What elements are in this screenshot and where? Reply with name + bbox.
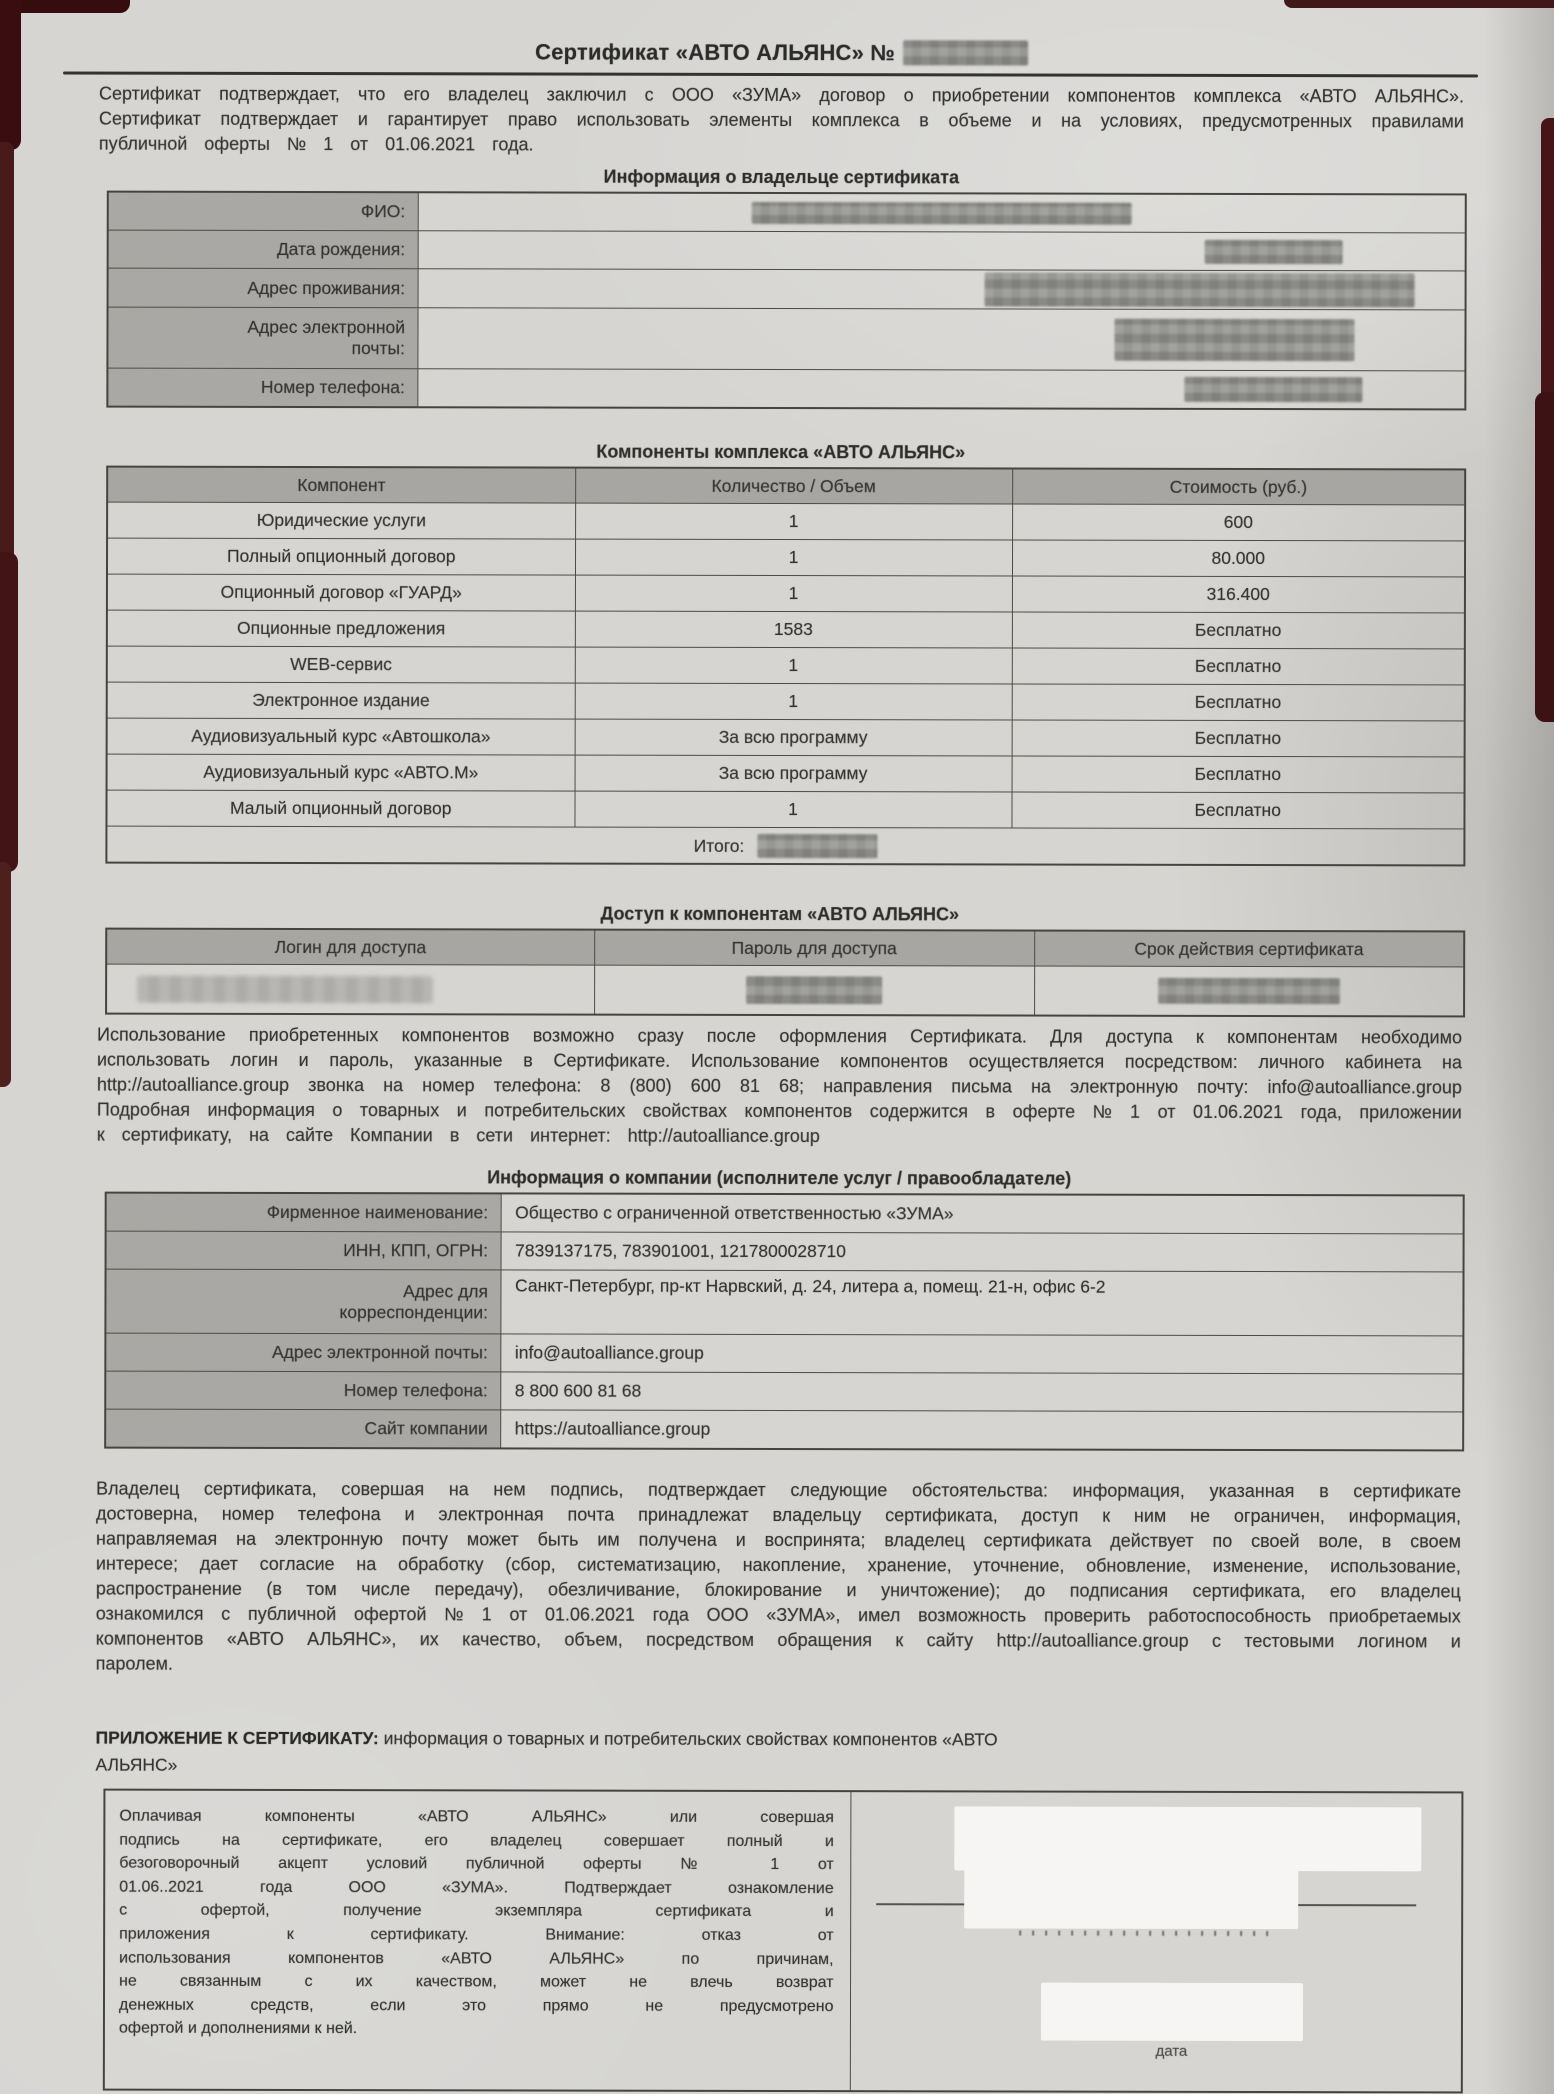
- acceptance-line: Оплачивая компоненты «АВТО АЛЬЯНС» или с…: [119, 1805, 834, 1830]
- company-row-site: Сайт компании https://autoalliance.group: [105, 1409, 1463, 1450]
- company-email-value: info@autoalliance.group: [500, 1334, 1463, 1374]
- company-site-label: Сайт компании: [105, 1409, 500, 1448]
- owner-address-redaction: [984, 272, 1414, 307]
- annex-heading: ПРИЛОЖЕНИЕ К СЕРТИФИКАТУ: информация о т…: [95, 1725, 1057, 1781]
- table-row: Опционные предложения 1583 Бесплатно: [107, 610, 1465, 649]
- owner-email-redaction: [1114, 319, 1354, 362]
- acceptance-line: не связанным с их качеством, может не вл…: [119, 1970, 834, 1995]
- access-table: Логин для доступа Пароль для доступа Сро…: [105, 928, 1465, 1018]
- footer-row: Оплачивая компоненты «АВТО АЛЬЯНС» или с…: [104, 1790, 1463, 2093]
- acceptance-line: с офертой, получение экземпляра сертифик…: [119, 1899, 834, 1924]
- component-qty: 1583: [575, 611, 1012, 648]
- access-section-title: Доступ к компонентам «АВТО АЛЬЯНС»: [97, 903, 1462, 927]
- table-row: WEB-сервис 1 Бесплатно: [107, 646, 1465, 685]
- component-price: Бесплатно: [1012, 756, 1465, 793]
- component-price: Бесплатно: [1012, 684, 1465, 721]
- component-price: 80.000: [1012, 540, 1465, 577]
- access-term-value: [1034, 966, 1464, 1016]
- photo-edge-artifact: [0, 862, 11, 1087]
- intro-paragraph: Сертификат подтверждает, что его владеле…: [99, 82, 1464, 160]
- component-price: 600: [1012, 504, 1465, 541]
- components-table: Компонент Количество / Объем Стоимость (…: [105, 466, 1466, 867]
- owner-birthdate-label: Дата рождения:: [108, 230, 418, 269]
- company-row-phone: Номер телефона: 8 800 600 81 68: [105, 1371, 1463, 1412]
- component-price: Бесплатно: [1012, 612, 1465, 649]
- owner-birthdate-value: [418, 231, 1466, 271]
- access-header-login: Логин для доступа: [106, 929, 594, 966]
- component-qty: 1: [575, 503, 1012, 540]
- certificate-paper: Сертификат «АВТО АЛЬЯНС» № Сертификат по…: [0, 0, 1554, 2094]
- owner-fio-value: [418, 192, 1466, 233]
- certificate-title-text: Сертификат «АВТО АЛЬЯНС» №: [535, 39, 895, 65]
- signature-caption-remnant: [1019, 1931, 1271, 1937]
- signature-cell: дата: [850, 1791, 1463, 2092]
- component-qty: 1: [575, 575, 1012, 612]
- photo-edge-artifact: [1284, 0, 1554, 8]
- table-row: Аудиовизуальный курс «Автошкола» За всю …: [107, 718, 1465, 757]
- access-password-value: [594, 965, 1034, 1015]
- company-row-email: Адрес электронной почты: info@autoallian…: [105, 1333, 1463, 1374]
- scanned-certificate-photo: Сертификат «АВТО АЛЬЯНС» № Сертификат по…: [0, 0, 1554, 2094]
- components-total-cell: Итого:: [106, 826, 1464, 865]
- component-qty: За всю программу: [575, 719, 1012, 756]
- component-price: Бесплатно: [1012, 720, 1465, 757]
- acceptance-line: подпись на сертификате, его владелец сов…: [119, 1828, 834, 1853]
- owner-phone-value: [417, 369, 1465, 410]
- owner-row-email: Адрес электронной почты:: [107, 307, 1465, 371]
- owner-row-address: Адрес проживания:: [108, 268, 1466, 310]
- component-qty: 1: [575, 683, 1012, 720]
- access-login-value: [106, 964, 594, 1015]
- component-name: Электронное издание: [107, 682, 575, 719]
- components-header-quantity: Количество / Объем: [575, 468, 1012, 504]
- table-row: Опционный договор «ГУАРД» 1 316.400: [107, 574, 1465, 613]
- company-phone-label: Номер телефона:: [105, 1371, 500, 1410]
- owner-address-value: [418, 269, 1466, 310]
- owner-phone-label: Номер телефона:: [107, 368, 417, 407]
- certificate-title: Сертификат «АВТО АЛЬЯНС» №: [99, 39, 1464, 68]
- component-qty: 1: [574, 791, 1011, 828]
- owner-info-table: ФИО: Дата рождения: Адрес проживания: Ад…: [106, 191, 1466, 411]
- component-name: Юридические услуги: [107, 502, 575, 539]
- acceptance-line: приложения к сертификату. Внимание: отка…: [119, 1923, 834, 1948]
- owner-birthdate-redaction: [1204, 239, 1342, 263]
- company-inn-value: 7839137175, 783901001, 1217800028710: [501, 1232, 1464, 1272]
- date-redaction-box: [1040, 1983, 1302, 2042]
- components-section-title: Компоненты комплекса «АВТО АЛЬЯНС»: [98, 441, 1463, 465]
- photo-edge-artifact: [1541, 118, 1554, 403]
- company-site-value: https://autoalliance.group: [500, 1410, 1463, 1451]
- photo-edge-artifact: [0, 142, 14, 562]
- access-password-redaction: [746, 976, 882, 1004]
- components-header-price: Стоимость (руб.): [1012, 468, 1465, 504]
- company-phone-value: 8 800 600 81 68: [500, 1372, 1463, 1412]
- company-inn-label: ИНН, КПП, ОГРН:: [106, 1231, 501, 1270]
- company-name-value: Общество с ограниченной ответственностью…: [501, 1193, 1464, 1234]
- component-price: Бесплатно: [1012, 648, 1465, 685]
- component-price: 316.400: [1012, 576, 1465, 613]
- owner-row-phone: Номер телефона:: [107, 368, 1465, 409]
- owner-row-fio: ФИО:: [108, 192, 1466, 233]
- components-total-label: Итого:: [694, 835, 745, 855]
- owner-address-label: Адрес проживания:: [108, 268, 418, 308]
- usage-paragraph: Использование приобретенных компонентов …: [97, 1023, 1462, 1151]
- company-address-label: Адрес для корреспонденции:: [105, 1269, 500, 1334]
- owner-email-value: [417, 308, 1465, 371]
- photo-edge-artifact: [0, 552, 18, 872]
- access-header-term: Срок действия сертификата: [1034, 931, 1464, 967]
- company-name-label: Фирменное наименование:: [106, 1193, 501, 1232]
- owner-fio-label: ФИО:: [108, 192, 418, 231]
- company-row-address: Адрес для корреспонденции: Санкт-Петербу…: [105, 1269, 1463, 1336]
- owner-row-birthdate: Дата рождения:: [108, 230, 1466, 271]
- table-row: Малый опционный договор 1 Бесплатно: [106, 790, 1464, 829]
- annex-label: ПРИЛОЖЕНИЕ К СЕРТИФИКАТУ:: [96, 1728, 379, 1749]
- company-row-inn: ИНН, КПП, ОГРН: 7839137175, 783901001, 1…: [106, 1231, 1464, 1272]
- access-value-row: [106, 964, 1464, 1016]
- component-price: Бесплатно: [1011, 792, 1464, 829]
- component-qty: 1: [575, 539, 1012, 576]
- component-name: Аудиовизуальный курс «АВТО.М»: [107, 754, 575, 791]
- access-header-password: Пароль для доступа: [594, 930, 1034, 966]
- date-caption: дата: [1040, 2043, 1302, 2061]
- company-address-value: Санкт-Петербург, пр-кт Нарвский, д. 24, …: [500, 1270, 1463, 1336]
- access-login-redaction: [137, 975, 433, 1003]
- access-header-row: Логин для доступа Пароль для доступа Сро…: [106, 929, 1464, 967]
- components-header-component: Компонент: [107, 467, 575, 503]
- component-name: WEB-сервис: [107, 646, 575, 683]
- acceptance-text-cell: Оплачивая компоненты «АВТО АЛЬЯНС» или с…: [104, 1790, 851, 2092]
- acceptance-line: денежных средств, если это прямо не пред…: [119, 1993, 834, 2018]
- certificate-content: Сертификат «АВТО АЛЬЯНС» № Сертификат по…: [0, 0, 1554, 2094]
- table-row: Аудиовизуальный курс «АВТО.М» За всю про…: [107, 754, 1465, 793]
- component-name: Малый опционный договор: [106, 790, 574, 827]
- confirmation-paragraph: Владелец сертификата, совершая на нем по…: [96, 1477, 1461, 1680]
- access-term-redaction: [1158, 978, 1340, 1004]
- component-name: Полный опционный договор: [107, 538, 575, 575]
- owner-email-label: Адрес электронной почты:: [107, 307, 417, 369]
- company-section-title: Информация о компании (исполнителе услуг…: [97, 1167, 1462, 1191]
- photo-edge-artifact: [0, 0, 21, 150]
- table-row: Полный опционный договор 1 80.000: [107, 538, 1465, 577]
- company-email-label: Адрес электронной почты:: [105, 1333, 500, 1372]
- components-header-row: Компонент Количество / Объем Стоимость (…: [107, 467, 1465, 505]
- acceptance-line: безоговорочный акцепт условий публичной …: [119, 1852, 834, 1877]
- owner-fio-redaction: [751, 201, 1131, 224]
- table-row: Электронное издание 1 Бесплатно: [107, 682, 1465, 721]
- photo-edge-artifact: [1535, 392, 1554, 722]
- table-row: Юридические услуги 1 600: [107, 502, 1465, 541]
- acceptance-line: 01.06..2021 года ООО «ЗУМА». Подтверждае…: [119, 1875, 834, 1900]
- company-row-name: Фирменное наименование: Общество с огран…: [106, 1193, 1464, 1234]
- component-qty: 1: [575, 647, 1012, 684]
- signature-redaction-box-2: [964, 1868, 1298, 1929]
- company-info-table: Фирменное наименование: Общество с огран…: [104, 1192, 1465, 1452]
- owner-section-title: Информация о владельце сертификата: [99, 166, 1464, 190]
- component-name: Опционные предложения: [107, 610, 575, 647]
- signature-redaction-box-1: [954, 1806, 1421, 1871]
- acceptance-line: использования компонентов «АВТО АЛЬЯНС» …: [119, 1946, 834, 1971]
- title-underline: [63, 72, 1478, 78]
- component-qty: За всю программу: [575, 755, 1012, 792]
- components-total-row: Итого:: [106, 826, 1464, 865]
- acceptance-line: офертой и дополнениями к ней.: [119, 2017, 834, 2042]
- acceptance-signature-table: Оплачивая компоненты «АВТО АЛЬЯНС» или с…: [103, 1789, 1464, 2094]
- component-name: Опционный договор «ГУАРД»: [107, 574, 575, 611]
- components-total-redaction: [757, 833, 877, 857]
- certificate-number-redaction: [903, 40, 1028, 65]
- owner-phone-redaction: [1184, 377, 1362, 402]
- component-name: Аудиовизуальный курс «Автошкола»: [107, 718, 575, 755]
